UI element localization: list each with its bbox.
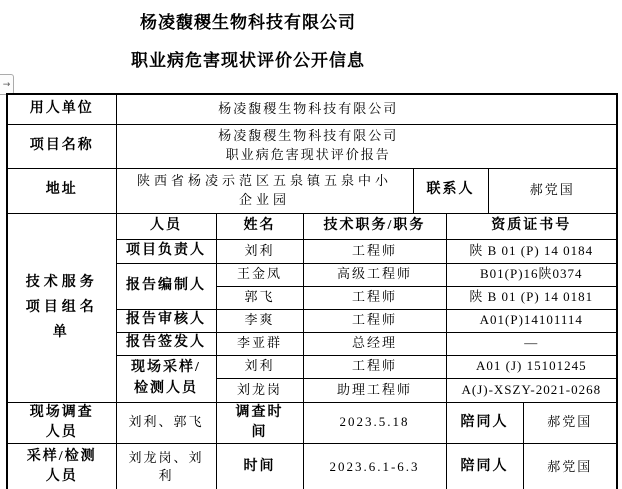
document-page: 杨凌馥稷生物科技有限公司 职业病危害现状评价公开信息 → 用人单位 杨凌馥稷生物… [0, 0, 622, 489]
table-row: 用人单位 杨凌馥稷生物科技有限公司 [7, 94, 617, 124]
survey-time-label: 调查时 间 [216, 402, 303, 444]
person-cert: A(J)-XSZY-2021-0268 [446, 378, 617, 402]
company-title: 杨凌馥稷生物科技有限公司 [0, 8, 496, 33]
person-title: 助理工程师 [303, 378, 446, 402]
sampling-escort-value: 郝党国 [523, 444, 617, 489]
person-cert: 陕 B 01 (P) 14 0181 [446, 286, 617, 309]
person-title: 总经理 [303, 332, 446, 355]
person-name: 李爽 [216, 309, 303, 332]
person-name: 郭飞 [216, 286, 303, 309]
role-report-reviewer: 报告审核人 [116, 309, 216, 332]
sampling-time-value: 2023.6.1-6.3 [303, 444, 446, 489]
project-name-value: 杨凌馥稷生物科技有限公司 职业病危害现状评价报告 [116, 124, 617, 168]
employer-value: 杨凌馥稷生物科技有限公司 [116, 94, 617, 124]
survey-escort-value: 郝党国 [523, 402, 617, 444]
person-title: 工程师 [303, 239, 446, 263]
project-name-label: 项目名称 [7, 124, 116, 168]
person-title: 工程师 [303, 355, 446, 378]
survey-personnel-names: 刘利、郭飞 [116, 402, 216, 444]
person-cert: B01(P)16陕0374 [446, 263, 617, 286]
person-cert: — [446, 332, 617, 355]
table-row: 项目名称 杨凌馥稷生物科技有限公司 职业病危害现状评价报告 [7, 124, 617, 168]
table-row: 采样/检测 人员 刘龙岗、刘 利 时间 2023.6.1-6.3 陪同人 郝党国 [7, 444, 617, 489]
team-list-label: 技术服务 项目组名 单 [7, 213, 116, 402]
right-arrow-icon: → [3, 80, 11, 90]
table-row: 技术服务 项目组名 单 人员 姓名 技术职务/职务 资质证书号 [7, 213, 617, 239]
person-name: 王金凤 [216, 263, 303, 286]
role-sampling-personnel: 现场采样/ 检测人员 [116, 355, 216, 402]
person-name: 刘利 [216, 355, 303, 378]
sampling-escort-label: 陪同人 [446, 444, 523, 489]
person-name: 刘利 [216, 239, 303, 263]
person-title: 高级工程师 [303, 263, 446, 286]
person-title: 工程师 [303, 309, 446, 332]
person-cert: A01(P)14101114 [446, 309, 617, 332]
contact-label: 联系人 [413, 168, 488, 213]
role-report-compiler: 报告编制人 [116, 263, 216, 309]
role-report-issuer: 报告签发人 [116, 332, 216, 355]
contact-value: 郝党国 [488, 168, 617, 213]
col-header-cert: 资质证书号 [446, 213, 617, 239]
person-title: 工程师 [303, 286, 446, 309]
survey-personnel-label: 现场调查 人员 [7, 402, 116, 444]
scroll-arrow-button[interactable]: → [0, 74, 14, 95]
person-name: 李亚群 [216, 332, 303, 355]
sampling-personnel-label: 采样/检测 人员 [7, 444, 116, 489]
person-name: 刘龙岗 [216, 378, 303, 402]
table-row: 现场调查 人员 刘利、郭飞 调查时 间 2023.5.18 陪同人 郝党国 [7, 402, 617, 444]
page-title: 职业病危害现状评价公开信息 [0, 46, 496, 71]
sampling-time-label: 时间 [216, 444, 303, 489]
col-header-title: 技术职务/职务 [303, 213, 446, 239]
person-cert: 陕 B 01 (P) 14 0184 [446, 239, 617, 263]
address-value: 陕西省杨凌示范区五泉镇五泉中小 企业园 [116, 168, 413, 213]
evaluation-info-table: 用人单位 杨凌馥稷生物科技有限公司 项目名称 杨凌馥稷生物科技有限公司 职业病危… [6, 93, 618, 489]
role-project-leader: 项目负责人 [116, 239, 216, 263]
table-row: 地址 陕西省杨凌示范区五泉镇五泉中小 企业园 联系人 郝党国 [7, 168, 617, 213]
col-header-person: 人员 [116, 213, 216, 239]
survey-time-value: 2023.5.18 [303, 402, 446, 444]
employer-label: 用人单位 [7, 94, 116, 124]
address-label: 地址 [7, 168, 116, 213]
sampling-personnel-names: 刘龙岗、刘 利 [116, 444, 216, 489]
person-cert: A01 (J) 15101245 [446, 355, 617, 378]
survey-escort-label: 陪同人 [446, 402, 523, 444]
col-header-name: 姓名 [216, 213, 303, 239]
